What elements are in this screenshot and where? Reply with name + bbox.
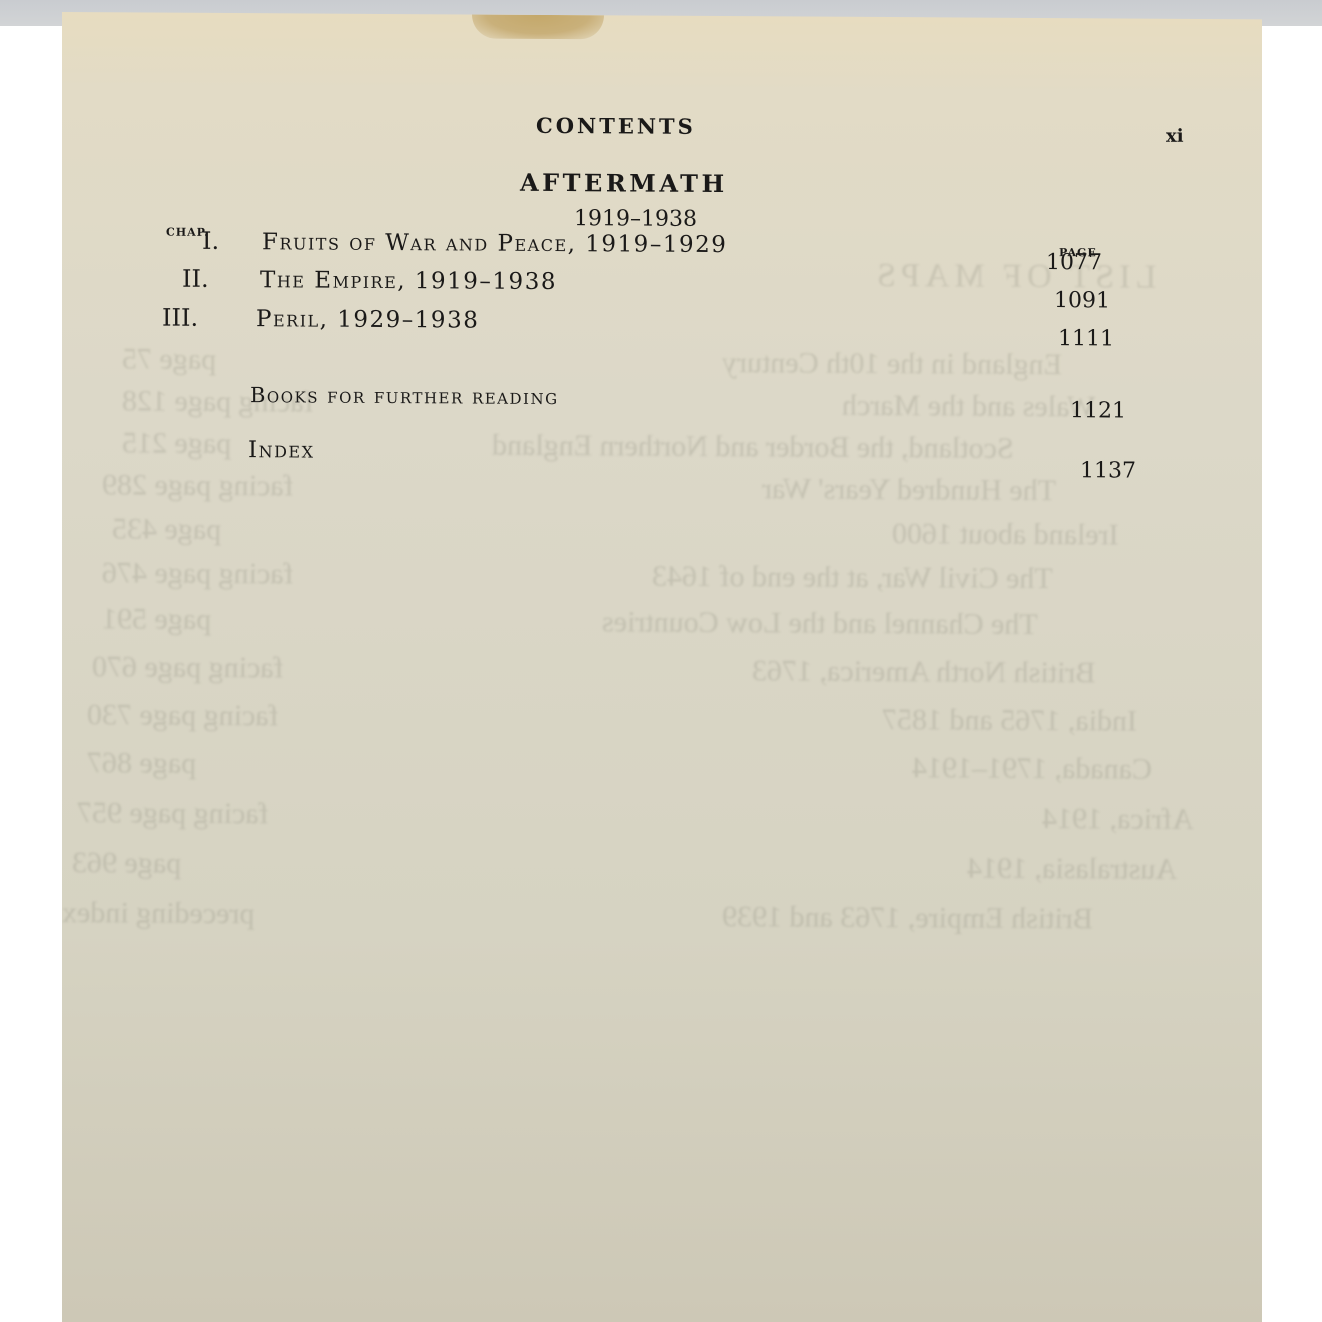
chapter-numeral: II.	[182, 265, 209, 293]
running-head: CONTENTS	[536, 113, 696, 139]
page-stain	[472, 15, 604, 40]
back-matter-page: 1137	[1080, 458, 1136, 483]
part-title: AFTERMATH	[520, 168, 728, 198]
book-page: LIST OF MAPS England in the 10th Century…	[62, 12, 1262, 1322]
chapter-title: Fruits of War and Peace, 1919–1929	[262, 229, 727, 258]
page-number: xi	[1166, 126, 1184, 147]
back-matter-page: 1121	[1070, 398, 1126, 423]
chapter-numeral: I.	[202, 227, 219, 255]
chapter-title: The Empire, 1919–1938	[260, 267, 557, 295]
chapter-page: 1091	[1054, 288, 1110, 313]
part-years: 1919–1938	[574, 206, 697, 232]
back-matter-title: Books for further reading	[250, 383, 559, 409]
chapter-title: Peril, 1929–1938	[256, 306, 479, 333]
chapter-page: 1111	[1058, 326, 1114, 351]
back-matter-title: Index	[248, 437, 314, 463]
chapter-page: 1077	[1046, 250, 1102, 275]
chapter-numeral: III.	[162, 304, 198, 332]
